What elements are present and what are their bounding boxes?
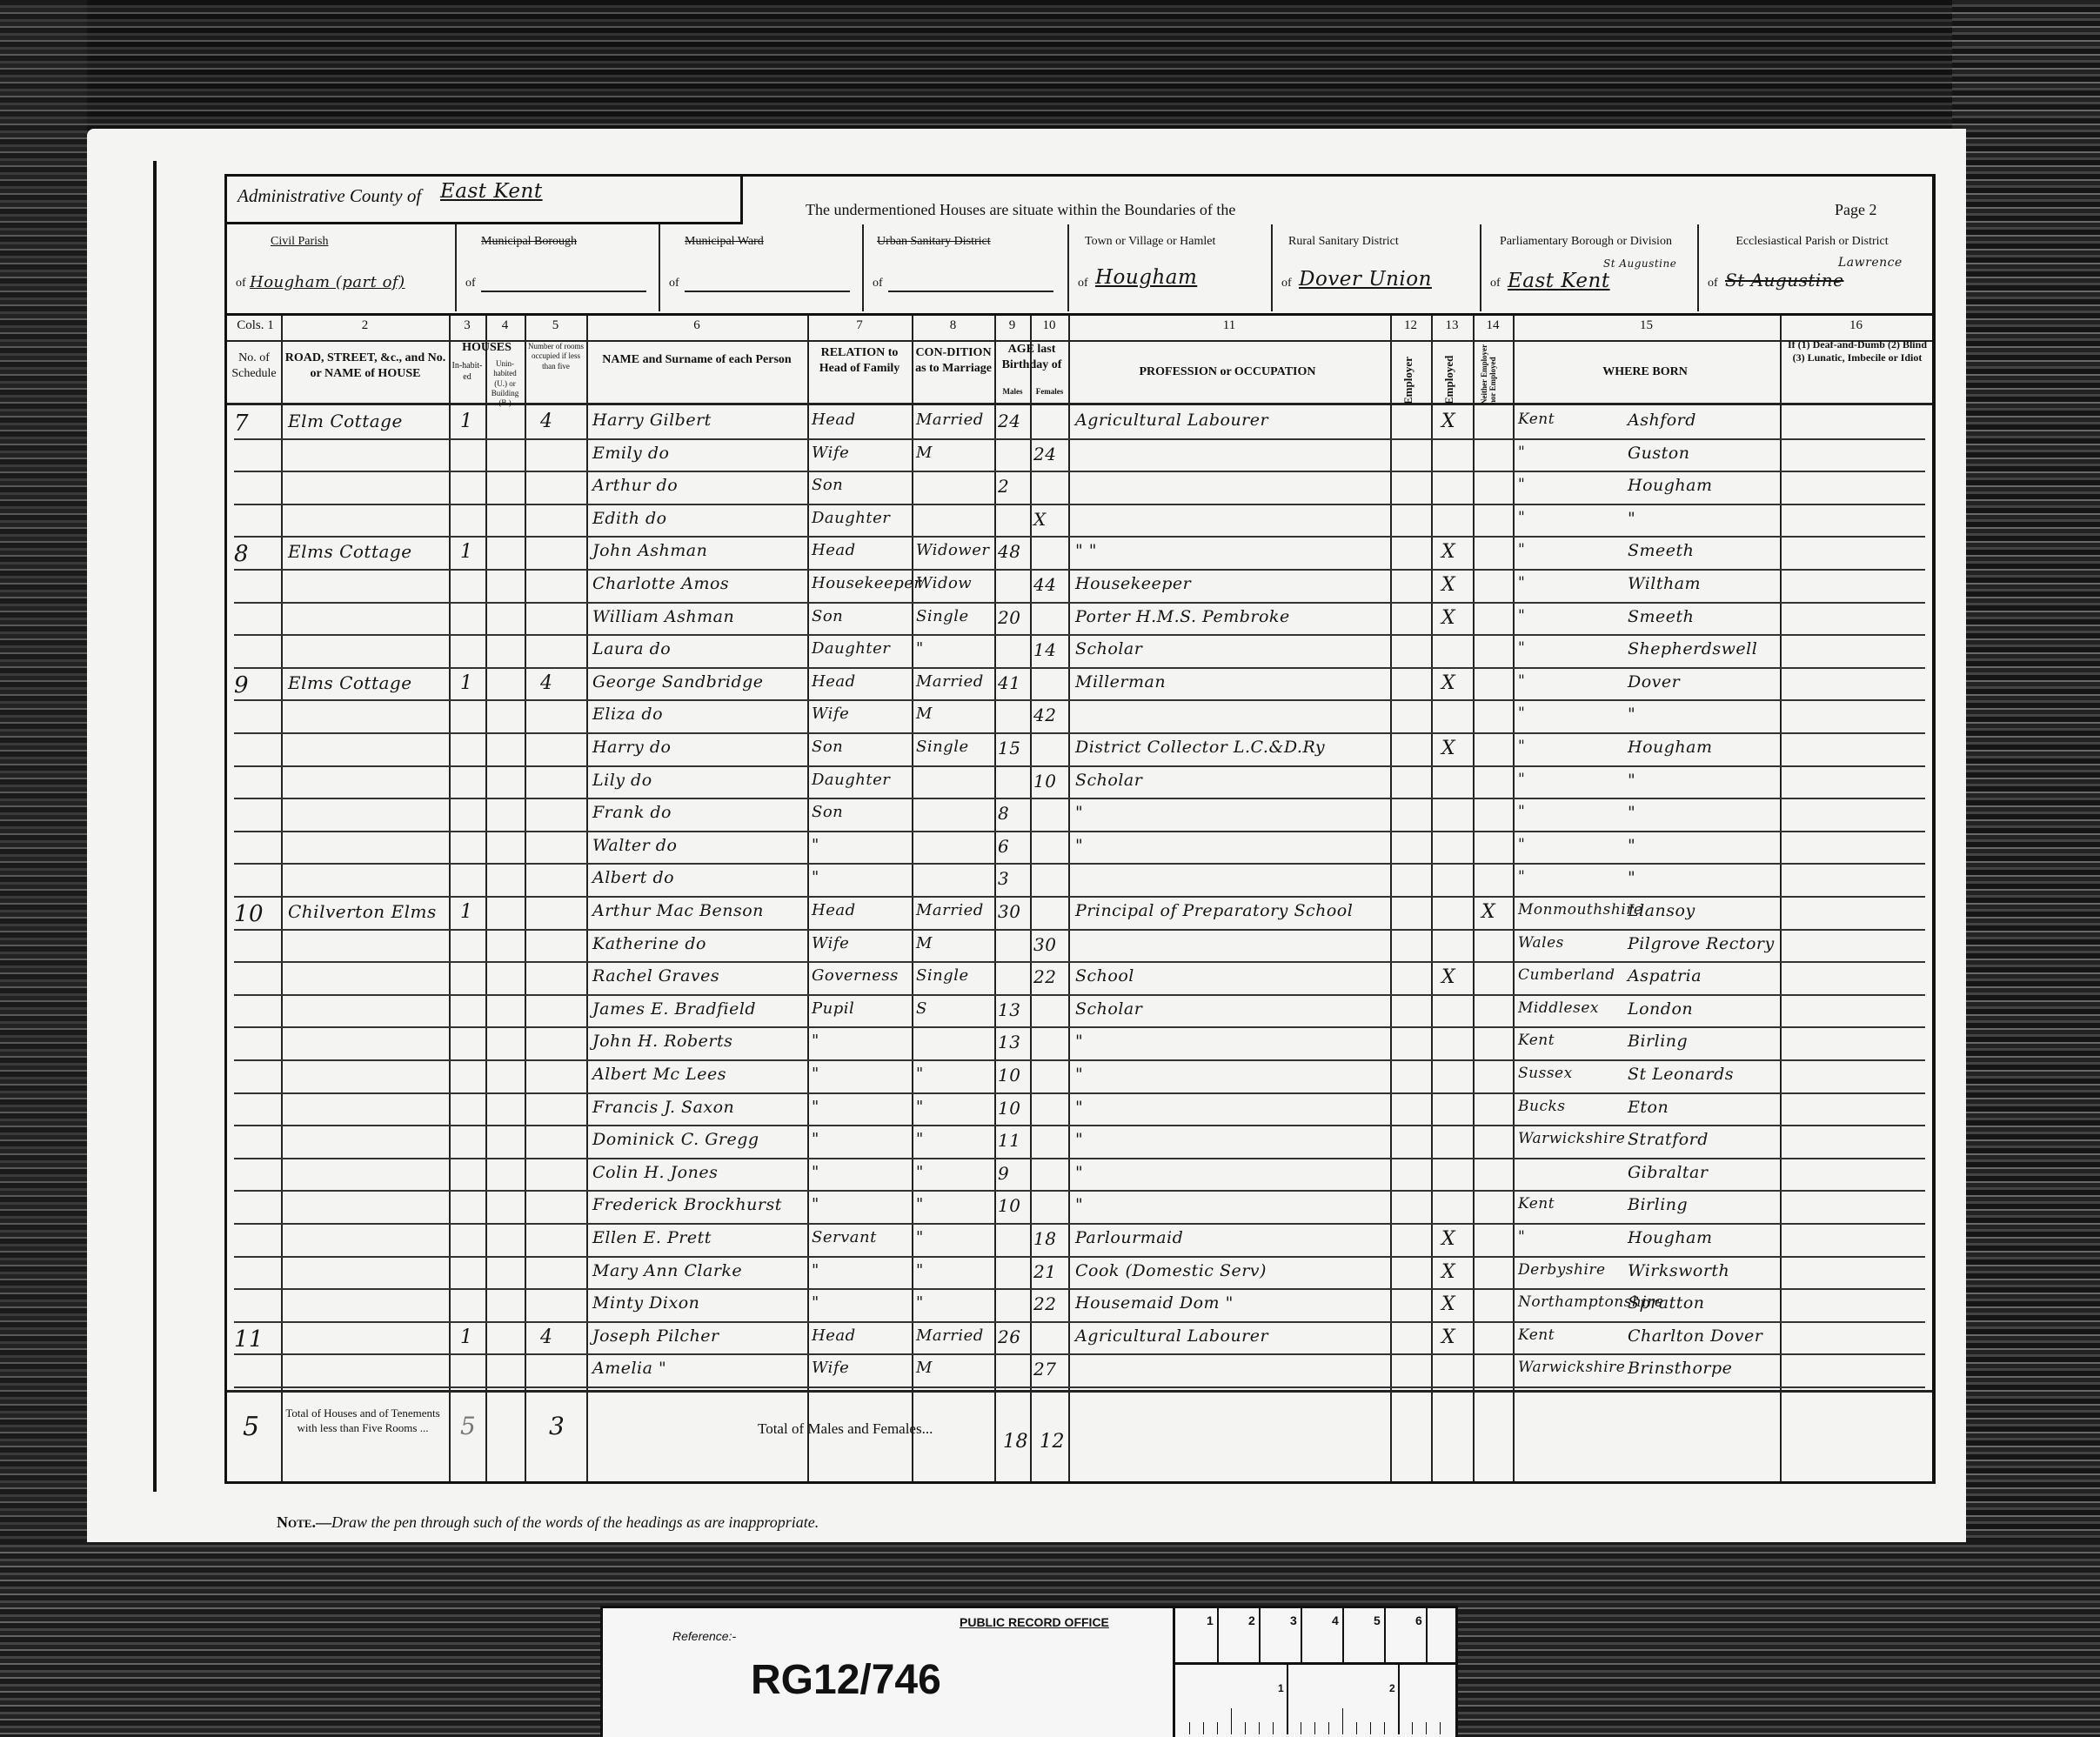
scan-border-left	[0, 0, 87, 1737]
row-person-name: Charlotte Amos	[592, 574, 806, 593]
row-born-county: "	[1518, 868, 1622, 885]
row-employed: X	[1441, 607, 1468, 629]
row-born-county: "	[1518, 672, 1622, 690]
row-relation: Wife	[812, 705, 909, 723]
row-relation: Housekeeper	[812, 574, 909, 592]
colnum: 15	[1513, 318, 1780, 333]
scale-tick	[1301, 1722, 1301, 1734]
heading-condition: CON-DITION as to Marriage	[914, 345, 993, 376]
row-male-age: 8	[998, 803, 1029, 824]
table-row: Lily doDaughter10Scholar""	[227, 767, 1932, 800]
district-label: Civil Parish	[271, 235, 329, 249]
scale-cm: 123456	[1175, 1608, 1455, 1662]
of-label: of	[1708, 277, 1718, 291]
table-row: Edith doDaughterX""	[227, 505, 1932, 538]
row-relation: Head	[812, 411, 909, 429]
office-name: PUBLIC RECORD OFFICE	[960, 1615, 1109, 1629]
scale-cm-number: 6	[1415, 1613, 1422, 1627]
row-born-place: Aspatria	[1628, 966, 1780, 985]
district-value: Dover Union	[1299, 268, 1432, 291]
district-civil-parish: Civil Parish of Hougham (part of)	[227, 224, 449, 311]
row-born-county: "	[1518, 705, 1622, 722]
row-male-age: 24	[998, 411, 1029, 431]
row-male-age: 6	[998, 836, 1029, 857]
of-label: of	[1490, 277, 1501, 291]
scale-tick	[1412, 1722, 1413, 1734]
row-relation: "	[812, 836, 909, 854]
row-employed: X	[1441, 574, 1468, 596]
column-headings: No. of Schedule ROAD, STREET, &c., and N…	[227, 342, 1932, 403]
scale-cm-number: 1	[1207, 1613, 1214, 1627]
row-occupation: Scholar	[1075, 999, 1388, 1019]
row-person-name: Walter do	[592, 836, 806, 855]
row-schedule: 11	[234, 1326, 278, 1353]
row-born-county: Kent	[1518, 1195, 1622, 1213]
row-born-county: "	[1518, 509, 1622, 526]
scale-cm-number: 3	[1290, 1613, 1297, 1627]
row-person-name: Katherine do	[592, 934, 806, 953]
row-born-place: Hougham	[1628, 476, 1780, 495]
row-male-age: 15	[998, 738, 1029, 758]
table-row: Dominick C. Gregg""11"WarwickshireStratf…	[227, 1126, 1932, 1159]
heading-rooms: Number of rooms occupied if less than fi…	[526, 342, 585, 371]
row-schedule: 9	[234, 672, 278, 698]
row-occupation: Parlourmaid	[1075, 1228, 1388, 1247]
row-relation: "	[812, 1261, 909, 1279]
row-male-age: 3	[998, 868, 1029, 889]
total-rooms: 3	[549, 1412, 565, 1440]
scale-tick	[1287, 1708, 1287, 1734]
district-label: Urban Sanitary District	[877, 235, 991, 249]
table-row: Amelia "WifeM27WarwickshireBrinsthorpe	[227, 1355, 1932, 1388]
scale-tick	[1259, 1722, 1260, 1734]
of-label: of	[669, 277, 679, 291]
row-person-name: Arthur do	[592, 476, 806, 495]
row-relation: "	[812, 1293, 909, 1312]
row-person-name: George Sandbridge	[592, 672, 806, 691]
row-occupation: "	[1075, 836, 1388, 855]
row-born-place: Hougham	[1628, 738, 1780, 757]
row-born-place: Llansoy	[1628, 901, 1780, 920]
scale-tick	[1370, 1722, 1371, 1734]
table-row: Frank doSon8"""	[227, 799, 1932, 832]
table-row: John H. Roberts"13"KentBirling	[227, 1028, 1932, 1061]
row-condition: S	[916, 999, 993, 1018]
row-relation: "	[812, 1032, 909, 1050]
scale-cm-number: 4	[1332, 1613, 1339, 1627]
row-born-county: "	[1518, 771, 1622, 788]
colnum: 8	[912, 318, 994, 333]
row-male-age: 10	[998, 1065, 1029, 1086]
row-occupation: "	[1075, 1098, 1388, 1117]
row-condition: Married	[916, 1326, 993, 1345]
row-divider	[227, 403, 1932, 405]
row-person-name: Harry Gilbert	[592, 411, 806, 430]
heading-infirmity: If (1) Deaf-and-Dumb (2) Blind (3) Lunat…	[1784, 338, 1930, 364]
row-born-place: "	[1628, 509, 1780, 528]
district-annotation: Lawrence	[1838, 256, 1903, 270]
blank-line	[685, 291, 850, 292]
row-condition: "	[916, 1065, 993, 1083]
row-born-county: Northamptonshire	[1518, 1293, 1622, 1311]
row-employed: X	[1441, 411, 1468, 432]
row-male-age: 10	[998, 1195, 1029, 1216]
row-employed: X	[1441, 541, 1468, 563]
district-row: Civil Parish of Hougham (part of) Munici…	[227, 224, 1932, 316]
county-value: East Kent	[440, 180, 543, 203]
header-statement: The undermentioned Houses are situate wi…	[806, 201, 1235, 219]
row-male-age: 26	[998, 1326, 1029, 1347]
row-born-place: Spratton	[1628, 1293, 1780, 1313]
row-born-place: Brinsthorpe	[1628, 1359, 1780, 1378]
row-person-name: Arthur Mac Benson	[592, 901, 806, 920]
row-born-place: Wirksworth	[1628, 1261, 1780, 1280]
scan-border-top	[0, 0, 2100, 130]
row-condition: Single	[916, 607, 993, 625]
row-condition: M	[916, 934, 993, 952]
row-female-age: 21	[1033, 1261, 1067, 1282]
row-person-name: Emily do	[592, 444, 806, 463]
row-female-age: 22	[1033, 1293, 1067, 1314]
heading-employer: Employer	[1401, 342, 1415, 404]
census-form: Administrative County of East Kent The u…	[224, 174, 1936, 1484]
heading-house: ROAD, STREET, &c., and No. or NAME of HO…	[284, 351, 446, 381]
row-inhabited: 1	[460, 672, 486, 694]
table-row: Frederick Brockhurst""10"KentBirling	[227, 1192, 1932, 1225]
row-born-county: "	[1518, 738, 1622, 755]
row-born-place: "	[1628, 836, 1780, 855]
footnote-prefix: Note.—	[277, 1513, 331, 1531]
row-schedule: 7	[234, 411, 278, 437]
table-row: Albert Mc Lees""10"SussexSt Leonards	[227, 1061, 1932, 1094]
scale-cm-mark: 3	[1301, 1608, 1302, 1662]
heading-occupation: PROFESSION or OCCUPATION	[1080, 364, 1375, 380]
scale-cm-number: 2	[1248, 1613, 1255, 1627]
row-female-age: 24	[1033, 444, 1067, 464]
scale-tick	[1217, 1722, 1218, 1734]
table-row: Rachel GravesGovernessSingle22SchoolXCum…	[227, 963, 1932, 996]
total-males: 18	[1003, 1431, 1028, 1453]
table-row: Albert do"3""	[227, 865, 1932, 898]
row-born-county: Kent	[1518, 411, 1622, 428]
table-row: Walter do"6"""	[227, 832, 1932, 865]
row-condition: "	[916, 639, 993, 658]
row-relation: "	[812, 1195, 909, 1213]
scale-inch-number: 1	[1278, 1682, 1284, 1694]
row-occupation: Principal of Preparatory School	[1075, 901, 1388, 920]
row-inhabited: 1	[460, 1326, 486, 1348]
scale-tick	[1189, 1722, 1190, 1734]
row-born-place: Smeeth	[1628, 607, 1780, 626]
scale-tick	[1231, 1708, 1232, 1734]
row-person-name: Francis J. Saxon	[592, 1098, 806, 1117]
row-male-age: 11	[998, 1130, 1029, 1151]
row-inhabited: 1	[460, 411, 486, 432]
table-row: Emily doWifeM24"Guston	[227, 440, 1932, 473]
row-person-name: Harry do	[592, 738, 806, 757]
of-label: of	[465, 277, 476, 291]
row-relation: "	[812, 1098, 909, 1116]
row-male-age: 2	[998, 476, 1029, 497]
row-male-age: 30	[998, 901, 1029, 922]
scale-cm-mark: 5	[1384, 1608, 1386, 1662]
row-relation: Wife	[812, 1359, 909, 1377]
census-rows: 7Elm Cottage14Harry GilbertHeadMarried24…	[227, 407, 1932, 1390]
row-rooms: 4	[540, 672, 575, 694]
row-born-place: Stratford	[1628, 1130, 1780, 1149]
row-born-place: "	[1628, 705, 1780, 724]
reference-number: RG12/746	[751, 1656, 941, 1704]
row-occupation: Millerman	[1075, 672, 1388, 691]
row-condition: "	[916, 1130, 993, 1148]
of-label: of	[236, 277, 246, 291]
colnum: 5	[525, 318, 586, 333]
county-label: Administrative County of	[237, 185, 421, 207]
row-occupation: "	[1075, 1130, 1388, 1149]
district-rural-sanitary: Rural Sanitary District of Dover Union	[1271, 224, 1473, 311]
row-born-county: Middlesex	[1518, 999, 1622, 1017]
scale-cm-mark: 6	[1426, 1608, 1428, 1662]
district-annotation: St Augustine	[1603, 257, 1676, 270]
row-born-place: Pilgrove Rectory	[1628, 934, 1780, 953]
row-born-county: Warwickshire	[1518, 1359, 1622, 1376]
row-occupation: "	[1075, 1032, 1388, 1051]
row-born-place: Charlton Dover	[1628, 1326, 1780, 1346]
row-male-age: 48	[998, 541, 1029, 562]
colnum: Cols. 1	[231, 318, 279, 333]
measurement-scale: 123456 12	[1173, 1608, 1455, 1737]
colnum: 10	[1030, 318, 1068, 333]
archive-reference-label: Reference:- RG12/746 PUBLIC RECORD OFFIC…	[600, 1606, 1458, 1737]
row-house-name: Elms Cottage	[288, 541, 449, 562]
row-house-name: Elms Cottage	[288, 672, 449, 693]
total-schedules: 5	[243, 1412, 260, 1442]
row-occupation: Housemaid Dom "	[1075, 1293, 1388, 1313]
table-row: Minty Dixon""22Housemaid Dom "XNorthampt…	[227, 1290, 1932, 1323]
row-female-age: X	[1033, 509, 1067, 530]
row-male-age: 41	[998, 672, 1029, 693]
colnum: 11	[1068, 318, 1390, 333]
row-condition: "	[916, 1293, 993, 1312]
table-row: Arthur doSon2"Hougham	[227, 472, 1932, 505]
row-occupation: Scholar	[1075, 639, 1388, 658]
row-born-county: Monmouthshire	[1518, 901, 1622, 919]
row-rooms: 4	[540, 411, 575, 432]
table-row: Francis J. Saxon""10"BucksEton	[227, 1094, 1932, 1127]
row-person-name: John Ashman	[592, 541, 806, 560]
row-born-county: "	[1518, 574, 1622, 591]
row-born-county: "	[1518, 444, 1622, 461]
row-relation: Head	[812, 541, 909, 559]
scale-tick	[1440, 1722, 1441, 1734]
row-occupation: "	[1075, 1195, 1388, 1214]
totals-row: 5 Total of Houses and of Tenements with …	[227, 1394, 1932, 1477]
heading-males: Males	[996, 387, 1029, 397]
heading-schedule: No. of Schedule	[229, 351, 279, 381]
row-rule	[234, 1386, 1925, 1388]
row-condition: Single	[916, 738, 993, 756]
row-born-county: Bucks	[1518, 1098, 1622, 1115]
row-occupation: Porter H.M.S. Pembroke	[1075, 607, 1388, 626]
blank-line	[888, 291, 1053, 292]
row-male-age: 13	[998, 999, 1029, 1020]
colnum: 14	[1473, 318, 1513, 333]
district-urban-sanitary: Urban Sanitary District of	[862, 224, 1064, 311]
page-label: Page 2	[1835, 201, 1877, 219]
district-value: East Kent	[1508, 270, 1610, 292]
colnum: 4	[485, 318, 525, 333]
district-label: Municipal Ward	[685, 235, 764, 249]
scale-cm-number: 5	[1374, 1613, 1381, 1627]
district-parliamentary: Parliamentary Borough or Division St Aug…	[1480, 224, 1690, 311]
row-house-name: Chilverton Elms	[288, 901, 449, 922]
scale-cm-mark: 1	[1217, 1608, 1219, 1662]
colnum: 16	[1780, 318, 1932, 333]
row-born-county: "	[1518, 803, 1622, 820]
row-born-place: Smeeth	[1628, 541, 1780, 560]
district-ecclesiastical: Ecclesiastical Parish or District Lawren…	[1697, 224, 1932, 311]
heading-where-born: WHERE BORN	[1515, 364, 1776, 380]
row-born-place: Dover	[1628, 672, 1780, 691]
row-occupation: "	[1075, 803, 1388, 822]
heading-uninhabited: Unin-habited (U.) or Building (B.)	[486, 359, 524, 408]
row-person-name: Rachel Graves	[592, 966, 806, 985]
row-person-name: Frank do	[592, 803, 806, 822]
heading-employed: Employed	[1442, 342, 1456, 404]
scale-tick	[1356, 1722, 1357, 1734]
district-value: Hougham (part of)	[250, 273, 405, 291]
scale-tick	[1273, 1722, 1274, 1734]
row-born-county: Kent	[1518, 1326, 1622, 1344]
table-row: 10Chilverton Elms1Arthur Mac BensonHeadM…	[227, 898, 1932, 931]
row-employed: X	[1441, 672, 1468, 694]
row-born-place: Wiltham	[1628, 574, 1780, 593]
table-row: 8Elms Cottage1John AshmanHeadWidower48" …	[227, 538, 1932, 571]
table-row: Eliza doWifeM42""	[227, 701, 1932, 734]
row-condition: "	[916, 1195, 993, 1213]
row-relation: Wife	[812, 934, 909, 952]
column-numbers: Cols. 1 2 3 4 5 6 7 8 9 10 11 12 13 14 1…	[227, 318, 1932, 337]
row-condition: Married	[916, 672, 993, 691]
row-relation: Daughter	[812, 639, 909, 658]
row-person-name: Albert Mc Lees	[592, 1065, 806, 1084]
row-person-name: Ellen E. Prett	[592, 1228, 806, 1247]
scale-inch-number: 2	[1389, 1682, 1395, 1694]
table-row: Mary Ann Clarke""21Cook (Domestic Serv)X…	[227, 1258, 1932, 1291]
row-person-name: Frederick Brockhurst	[592, 1195, 806, 1214]
row-condition: "	[916, 1163, 993, 1181]
row-female-age: 22	[1033, 966, 1067, 987]
table-row: Charlotte AmosHousekeeperWidow44Housekee…	[227, 571, 1932, 604]
row-occupation: School	[1075, 966, 1388, 985]
row-female-age: 44	[1033, 574, 1067, 595]
row-born-place: Gibraltar	[1628, 1163, 1780, 1182]
row-schedule: 10	[234, 901, 278, 927]
row-born-county: "	[1518, 607, 1622, 625]
county-box: Administrative County of East Kent	[227, 177, 743, 224]
row-inhabited: 1	[460, 901, 486, 923]
row-relation: Daughter	[812, 509, 909, 527]
district-label: Municipal Borough	[481, 235, 577, 249]
row-born-place: St Leonards	[1628, 1065, 1780, 1084]
row-born-place: Birling	[1628, 1195, 1780, 1214]
row-born-county: Cumberland	[1518, 966, 1622, 984]
scale-tick	[1328, 1722, 1329, 1734]
table-row: 9Elms Cottage14George SandbridgeHeadMarr…	[227, 669, 1932, 702]
row-relation: Head	[812, 1326, 909, 1345]
row-born-place: Shepherdswell	[1628, 639, 1780, 658]
heading-females: Females	[1032, 387, 1067, 397]
row-born-place: "	[1628, 771, 1780, 790]
scale-cm-mark: 2	[1259, 1608, 1261, 1662]
footnote-text: Draw the pen through such of the words o…	[331, 1513, 819, 1531]
table-row: 7Elm Cottage14Harry GilbertHeadMarried24…	[227, 407, 1932, 440]
row-born-county: "	[1518, 639, 1622, 657]
row-rooms: 4	[540, 1326, 575, 1348]
row-condition: Married	[916, 411, 993, 429]
row-condition: M	[916, 705, 993, 723]
row-female-age: 14	[1033, 639, 1067, 660]
total-inhabited: 5	[460, 1412, 476, 1440]
row-male-age: 10	[998, 1098, 1029, 1119]
table-row: Laura doDaughter"14Scholar"Shepherdswell	[227, 636, 1932, 669]
row-relation: Son	[812, 476, 909, 494]
row-condition: "	[916, 1098, 993, 1116]
row-condition: M	[916, 1359, 993, 1377]
row-person-name: William Ashman	[592, 607, 806, 626]
district-label: Ecclesiastical Parish or District	[1708, 235, 1916, 249]
row-born-place: "	[1628, 803, 1780, 822]
heading-inhabited: In-habit-ed	[450, 361, 485, 383]
row-employed: X	[1441, 1326, 1468, 1348]
row-male-age: 13	[998, 1032, 1029, 1052]
total-houses-label: Total of Houses and of Tenements with le…	[284, 1406, 441, 1436]
row-relation: Pupil	[812, 999, 909, 1018]
district-label: Town or Village or Hamlet	[1085, 235, 1215, 249]
reference-label: Reference:-	[672, 1629, 736, 1643]
heading-neither: Neither Employer nor Employed	[1480, 342, 1497, 404]
row-inhabited: 1	[460, 541, 486, 563]
row-born-place: London	[1628, 999, 1780, 1019]
district-label: Parliamentary Borough or Division	[1490, 235, 1682, 249]
colnum: 9	[994, 318, 1030, 333]
row-person-name: Amelia "	[592, 1359, 806, 1378]
row-schedule: 8	[234, 541, 278, 567]
row-born-place: Hougham	[1628, 1228, 1780, 1247]
row-person-name: Minty Dixon	[592, 1293, 806, 1313]
row-occupation: District Collector L.C.&D.Ry	[1075, 738, 1388, 757]
row-male-age: 20	[998, 607, 1029, 628]
district-village: Town or Village or Hamlet of Hougham	[1067, 224, 1271, 311]
total-persons-label: Total of Males and Females...	[758, 1420, 933, 1438]
row-person-name: Mary Ann Clarke	[592, 1261, 806, 1280]
row-relation: Head	[812, 901, 909, 919]
row-female-age: 18	[1033, 1228, 1067, 1249]
colnum: 13	[1431, 318, 1473, 333]
colnum: 7	[807, 318, 912, 333]
row-born-county: "	[1518, 1228, 1622, 1246]
row-born-county: Derbyshire	[1518, 1261, 1622, 1279]
scale-cm-mark: 4	[1342, 1608, 1344, 1662]
row-born-place: "	[1628, 868, 1780, 887]
heading-name: NAME and Surname of each Person	[601, 352, 793, 368]
row-relation: Wife	[812, 444, 909, 462]
scale-tick	[1342, 1708, 1343, 1734]
row-divider	[227, 1390, 1932, 1393]
row-male-age: 9	[998, 1163, 1029, 1184]
row-occupation: "	[1075, 1163, 1388, 1182]
district-municipal-borough: Municipal Borough of	[455, 224, 657, 311]
